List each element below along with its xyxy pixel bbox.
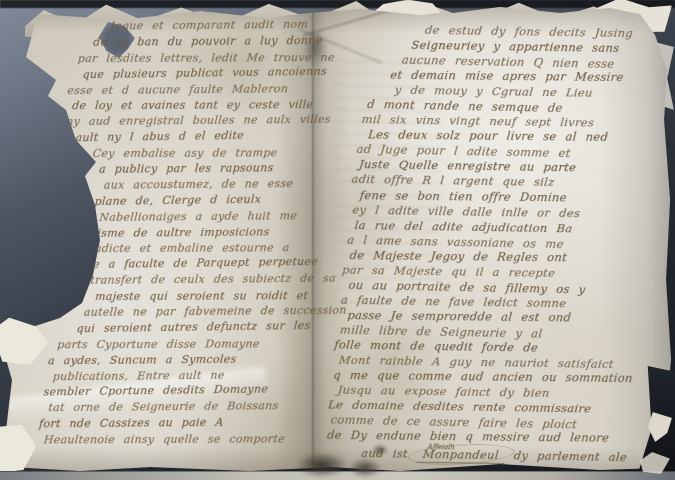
manuscript-line: ne a faculte de Parquept perpetuee <box>85 254 308 273</box>
manuscript-line: disme de aultre imposicions <box>89 223 310 241</box>
manuscript-line: a publicy par les rapsouns <box>98 160 315 178</box>
manuscript-line: esse et d aucune faulte Mableron <box>67 80 322 98</box>
binding-smudge <box>372 444 388 456</box>
backdrop-top-band <box>0 0 675 8</box>
binding-smudge <box>348 458 382 478</box>
signature-note: Affeialh <box>427 439 456 455</box>
binding-smudge <box>296 452 348 478</box>
parchment-spread: Jeque et comparant audit nomde sy ban du… <box>0 0 675 480</box>
manuscript-photo: Jeque et comparant audit nomde sy ban du… <box>0 0 675 480</box>
manuscript-line: Heaultenoie ainsy quelle se comporte <box>43 431 294 448</box>
right-page-lines: de estud dy fons decits JusingSeigneurie… <box>324 22 672 447</box>
manuscript-line: qui seroient autres defunctz sur les <box>76 318 303 337</box>
manuscript-line: plane de, Clerge d iceulx <box>94 191 313 210</box>
manuscript-line: Jeque et comparant audit nom <box>110 17 327 35</box>
manuscript-line: ault ny l abus d el edite <box>75 127 318 146</box>
manuscript-line: de sy ban du pouvoir a luy donne <box>92 33 325 51</box>
right-page-text: de estud dy fons decits JusingSeigneurie… <box>322 22 672 465</box>
signature-post-text: dy parlement ale <box>513 449 628 465</box>
signature-name: Affeialh Monpandeul <box>416 446 506 464</box>
manuscript-line: transfert de ceulx des subiectz de sa <box>90 271 307 289</box>
manuscript-line: Nabellionaiges a ayde huit me <box>99 208 312 226</box>
manuscript-line: fort nde Cassizes au paie A <box>38 414 295 432</box>
signature-name-text: Monpandeul <box>422 447 499 462</box>
